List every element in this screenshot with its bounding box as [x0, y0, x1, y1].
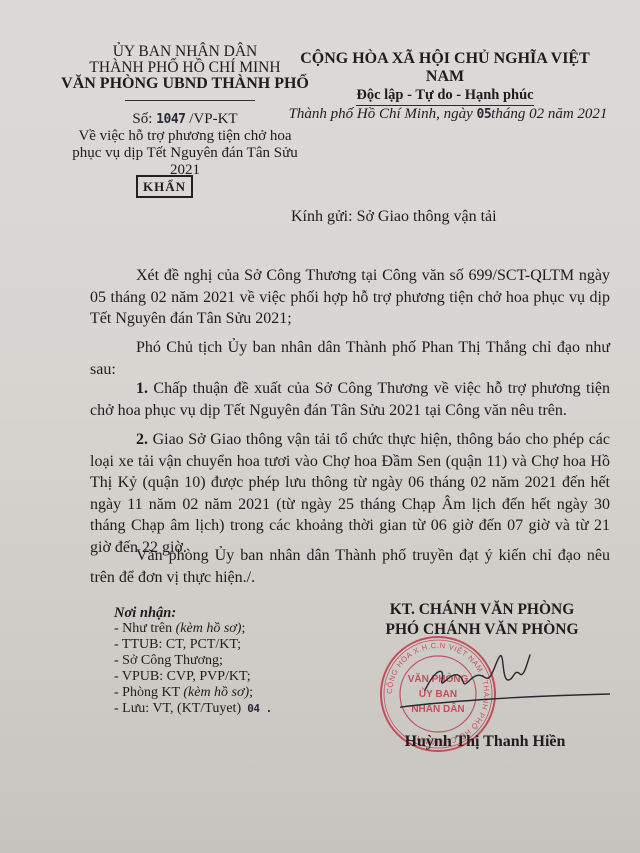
issuer-line-1: ỦY BAN NHÂN DÂN [60, 44, 310, 60]
urgent-stamp: KHẨN [136, 175, 193, 198]
handwritten-signature-icon [400, 650, 610, 710]
header-divider [125, 100, 255, 101]
recipients-list: Nơi nhận: - Như trên (kèm hồ sơ);- TTUB:… [114, 605, 354, 717]
recipient-item: - Phòng KT (kèm hồ sơ); [114, 685, 354, 701]
recipient-line: Kính gửi: Sở Giao thông vận tải [291, 208, 497, 226]
handwritten-number: 1047 [156, 112, 185, 127]
recipient-item: - Sở Công Thương; [114, 653, 354, 669]
national-motto: Độc lập - Tự do - Hạnh phúc [356, 86, 533, 106]
issuer-office: VĂN PHÒNG UBND THÀNH PHỐ [60, 76, 310, 92]
directive-item-2: 2. Giao Sở Giao thông vận tải tổ chức th… [90, 429, 610, 558]
document-number: Số: 1047 /VP-KT [60, 111, 310, 128]
document-number-block: Số: 1047 /VP-KT Về việc hỗ trợ phương ti… [60, 111, 310, 179]
body-paragraph-2: Phó Chủ tịch Ủy ban nhân dân Thành phố P… [90, 337, 610, 380]
body-paragraph-1: Xét đề nghị của Sở Công Thương tại Công … [90, 265, 610, 330]
recipients-title: Nơi nhận: [114, 605, 354, 621]
issuer-line-2: THÀNH PHỐ HỒ CHÍ MINH [60, 60, 310, 76]
recipient-item: - Như trên (kèm hồ sơ); [114, 621, 354, 637]
dateline: Thành phố Hồ Chí Minh, ngày 05tháng 02 n… [283, 106, 613, 123]
recipient-item: - Lưu: VT, (KT/Tuyet) 04 . [114, 701, 354, 717]
directive-item-1: 1. Chấp thuận đề xuất của Sở Công Thương… [90, 378, 610, 421]
nation-title: CỘNG HÒA XÃ HỘI CHỦ NGHĨA VIỆT NAM [280, 50, 610, 86]
issuer-block: ỦY BAN NHÂN DÂN THÀNH PHỐ HỒ CHÍ MINH VĂ… [60, 44, 310, 92]
recipient-item: - VPUB: CVP, PVP/KT; [114, 669, 354, 685]
signer-name: Huỳnh Thị Thanh Hiền [395, 733, 575, 751]
subject-line-2: phục vụ dịp Tết Nguyên đán Tân Sửu 2021 [60, 145, 310, 179]
national-header: CỘNG HÒA XÃ HỘI CHỦ NGHĨA VIỆT NAM Độc l… [280, 50, 610, 106]
recipient-item: - TTUB: CT, PCT/KT; [114, 637, 354, 653]
handwritten-day: 05 [477, 107, 492, 122]
body-paragraph-closing: Văn phòng Ủy ban nhân dân Thành phố truy… [90, 545, 610, 588]
subject-line-1: Về việc hỗ trợ phương tiện chở hoa [60, 128, 310, 145]
